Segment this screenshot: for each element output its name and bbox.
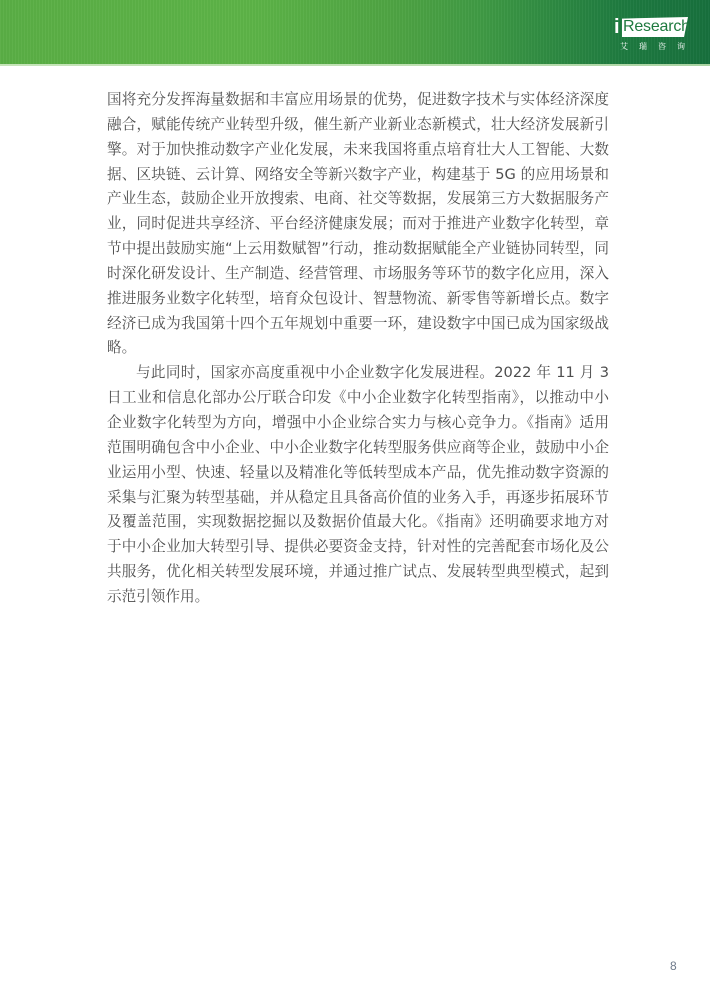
document-body: 国将充分发挥海量数据和丰富应用场景的优势，促进数字技术与实体经济深度融合，赋能传…	[107, 88, 609, 610]
paragraph-2: 与此同时，国家亦高度重视中小企业数字化发展进程。2022 年 11 月 3 日工…	[107, 361, 609, 609]
iresearch-logo: i Research 艾瑞咨询	[614, 16, 694, 56]
page-number: 8	[670, 959, 677, 973]
logo-chinese-name: 艾瑞咨询	[620, 42, 690, 52]
header-band	[0, 0, 710, 64]
logo-i-mark: i	[614, 17, 620, 37]
header-divider	[0, 64, 710, 66]
paragraph-1: 国将充分发挥海量数据和丰富应用场景的优势，促进数字技术与实体经济深度融合，赋能传…	[107, 88, 609, 361]
logo-wordmark: Research	[623, 18, 690, 36]
